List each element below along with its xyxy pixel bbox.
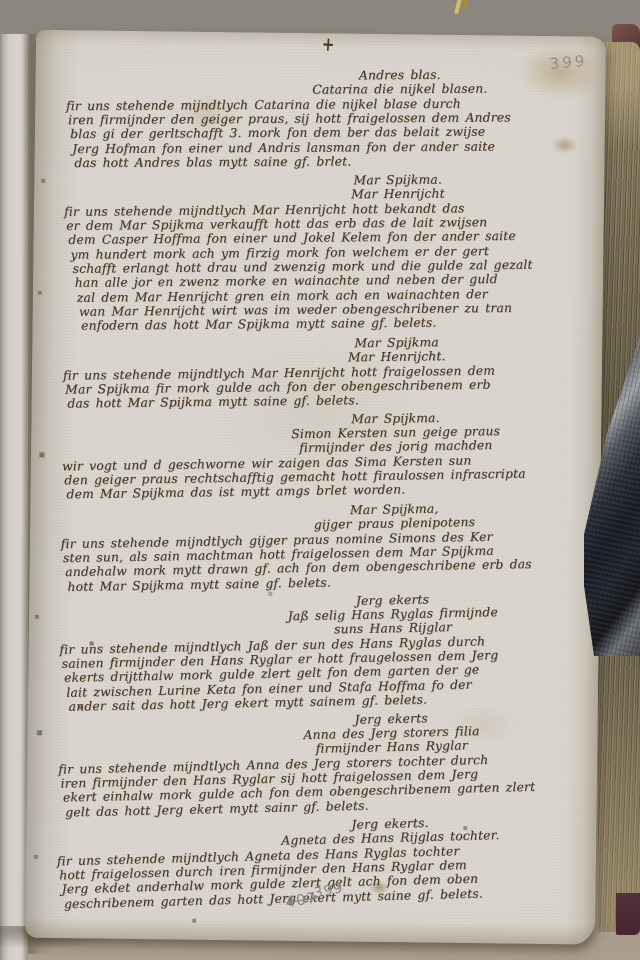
register-entry: Jerg ekertsJaß selig Hans Ryglas firmijn… <box>61 590 603 714</box>
register-entry: Jerg ekertsAnna des Jerg storers filiafi… <box>60 709 602 820</box>
fiber-strand <box>463 0 468 10</box>
yellow-fiber <box>450 0 480 20</box>
ink-specks <box>36 30 38 32</box>
fiber-strand <box>454 0 462 14</box>
archive-photo: { "marks": { "cross": "+", "page_number_… <box>0 0 640 960</box>
book-cover-corner-bottom <box>616 893 640 935</box>
folio-cross-mark: + <box>321 32 335 56</box>
register-entry: Mar Spijkma.Simon Kersten sun geige prau… <box>64 410 605 502</box>
entry-text-line: enfodern das hott Mar Spijkma mytt saine… <box>81 315 606 334</box>
register-entry: Mar Spijkma,gijger praus plenipotensfir … <box>63 500 604 594</box>
manuscript-text: Andres blas.Catarina die nijkel blasen.f… <box>59 66 606 908</box>
manuscript-page: + 399 Andres blas.Catarina die nijkel bl… <box>25 30 606 945</box>
entry-text-line: das hott Andres blas mytt saine gf. brle… <box>74 153 606 171</box>
register-entry: Andres blas.Catarina die nijkel blasen.f… <box>69 68 606 171</box>
register-entry: Mar Spijkma.Mar Henrijchtfir uns stehend… <box>67 172 606 333</box>
register-entry: Mar SpijkmaMar Henrijcht.fir uns stehend… <box>66 334 607 411</box>
